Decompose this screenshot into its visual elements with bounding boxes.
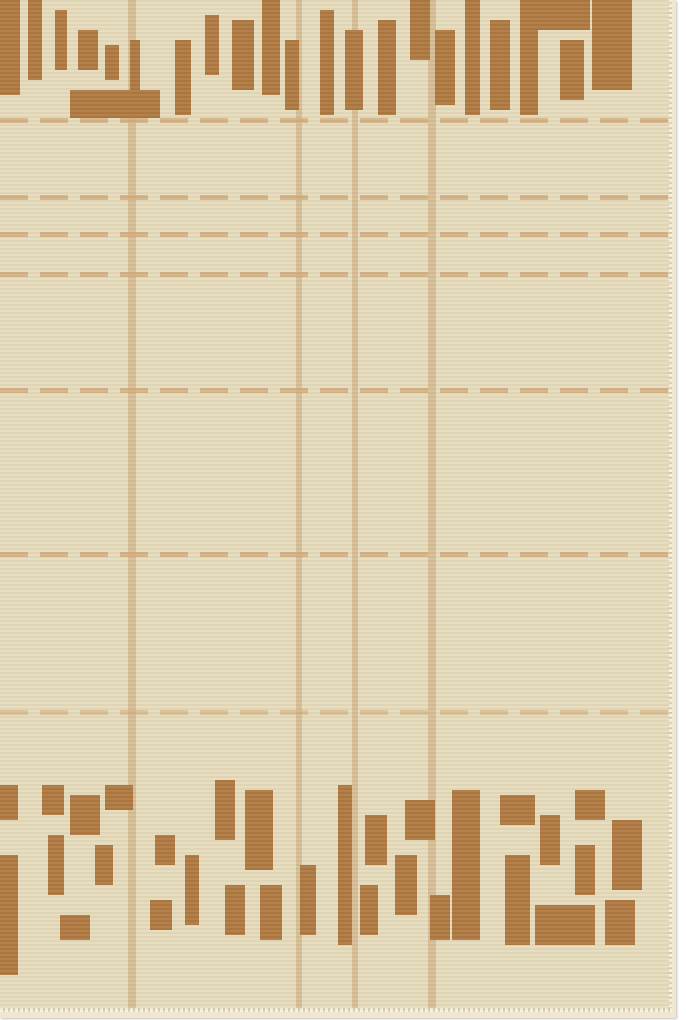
plaid-horizontal-line <box>0 195 672 200</box>
bottom-pattern-band <box>0 775 672 950</box>
plaid-horizontal-line <box>0 272 672 277</box>
plaid-horizontal-line <box>0 552 672 557</box>
top-pattern-band <box>0 0 672 125</box>
plaid-horizontal-line <box>0 710 672 715</box>
bottom-binding <box>0 1008 672 1012</box>
rug-corner <box>0 0 676 1018</box>
plaid-horizontal-line <box>0 388 672 393</box>
side-binding <box>669 0 672 1012</box>
plaid-horizontal-line <box>0 232 672 237</box>
